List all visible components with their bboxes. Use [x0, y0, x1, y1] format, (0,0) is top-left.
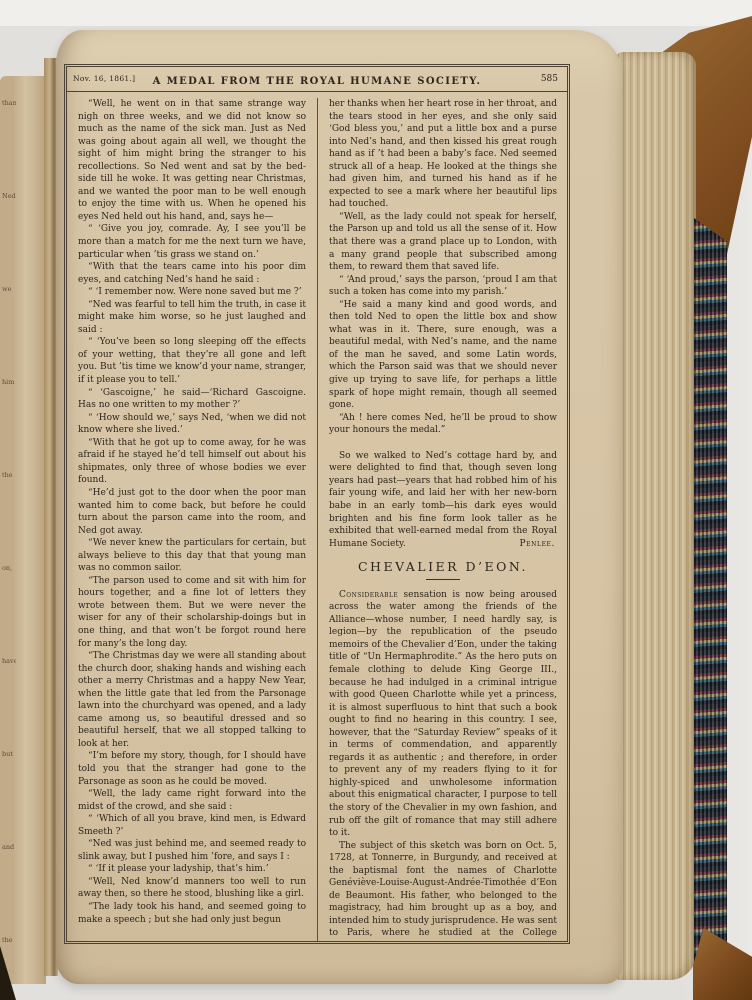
- story-paragraph: “Ned was just behind me, and seemed read…: [78, 838, 306, 863]
- story-paragraph: “The parson used to come and sit with hi…: [78, 575, 306, 650]
- left-column: “Well, he went on in that same strange w…: [78, 98, 306, 941]
- story-paragraph: “ ‘Give you joy, comrade. Ay, I see you’…: [78, 223, 306, 261]
- right-column: her thanks when her heart rose in her th…: [329, 98, 557, 941]
- story-paragraph: “Well, as the lady could not speak for h…: [329, 211, 557, 274]
- article-paragraph: Considerable sensation is now being arou…: [329, 589, 557, 840]
- story-paragraph: “ ‘You’ve been so long sleeping off the …: [78, 336, 306, 386]
- story-paragraph: “Ah ! here comes Ned, he’ll be proud to …: [329, 412, 557, 437]
- story-paragraph: “ ‘And proud,’ says the parson, ‘proud I…: [329, 274, 557, 299]
- book-page: Nov. 16, 1861.] A MEDAL FROM THE ROYAL H…: [56, 30, 622, 984]
- story-paragraph: “ ‘Gascoigne,’ he said—‘Richard Gascoign…: [78, 387, 306, 412]
- story-paragraph: “We never knew the particulars for certa…: [78, 537, 306, 575]
- book-photo: than Ned we him the on, have but and the…: [0, 0, 752, 1000]
- story-paragraph: “The Christmas day we were all standing …: [78, 650, 306, 750]
- page-header: Nov. 16, 1861.] A MEDAL FROM THE ROYAL H…: [67, 67, 567, 92]
- facing-page-edge: than Ned we him the on, have but and the: [0, 76, 46, 984]
- text-columns: “Well, he went on in that same strange w…: [67, 92, 567, 941]
- story-paragraph: “ ‘Which of all you brave, kind men, is …: [78, 813, 306, 838]
- story-paragraph: “I’m before my story, though, for I shou…: [78, 750, 306, 788]
- page-number: 585: [541, 67, 558, 91]
- story-paragraph: “The lady took his hand, and seemed goin…: [78, 901, 306, 926]
- story-paragraph: “Ned was fearful to tell him the truth, …: [78, 299, 306, 337]
- story-paragraph: “ ‘If it please your ladyship, that’s hi…: [78, 863, 306, 876]
- story-paragraph: “He’d just got to the door when the poor…: [78, 487, 306, 537]
- author-signature: Penlee.: [520, 539, 556, 549]
- book-fore-edge: [614, 52, 696, 980]
- facing-page-text-fragments: than Ned we him the on, have but and the: [2, 100, 16, 944]
- section-heading: CHEVALIER D’EON.: [329, 561, 557, 574]
- column-divider: [317, 98, 318, 941]
- story-paragraph: “Well, he went on in that same strange w…: [78, 98, 306, 223]
- heading-rule: [426, 579, 460, 580]
- article-paragraph-text: sensation is now being aroused across th…: [329, 590, 557, 838]
- story-paragraph: “ ‘How should we,’ says Ned, ‘when we di…: [78, 412, 306, 437]
- story-paragraph: “Well, the lady came right forward into …: [78, 788, 306, 813]
- header-date: Nov. 16, 1861.]: [73, 67, 135, 91]
- marbled-page-edge: [694, 218, 727, 1000]
- story-paragraph: her thanks when her heart rose in her th…: [329, 98, 557, 211]
- story-paragraph: “He said a many kind and good words, and…: [329, 299, 557, 412]
- story-paragraph: “Well, Ned know’d manners too well to ru…: [78, 876, 306, 901]
- story-paragraph: “With that the tears came into his poor …: [78, 261, 306, 286]
- story-paragraph: “ ‘I remember now. Were none saved but m…: [78, 286, 306, 299]
- story-paragraph: “With that he got up to come away, for h…: [78, 437, 306, 487]
- printed-frame: Nov. 16, 1861.] A MEDAL FROM THE ROYAL H…: [64, 64, 570, 944]
- header-title: A MEDAL FROM THE ROYAL HUMANE SOCIETY.: [153, 76, 482, 87]
- story-closing-paragraph: So we walked to Ned’s cottage hard by, a…: [329, 450, 557, 550]
- article-paragraph: The subject of this sketch was born on O…: [329, 840, 557, 941]
- lead-word: Considerable: [339, 590, 398, 600]
